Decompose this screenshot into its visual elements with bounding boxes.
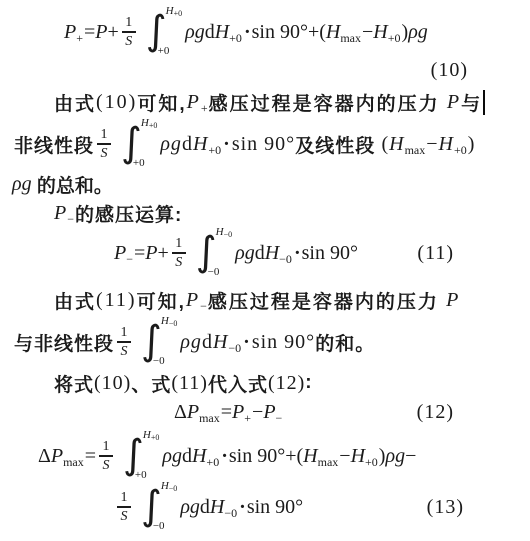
integral-limits: H+0+0 (143, 432, 159, 480)
math-roman-text: (11) (171, 372, 208, 395)
fraction: 1S (117, 325, 131, 359)
math-roman-text: − (426, 133, 438, 156)
integral-upper-limit: H−0 (161, 481, 177, 492)
line-p1a: 由式(10)可知,P+感压过程是容器内的压力 P与 (0, 87, 530, 117)
math-subscript: − (67, 212, 74, 227)
math-variable: P (114, 242, 126, 265)
integral: ∫H+0+0 (146, 8, 182, 56)
math-variable: P (263, 401, 275, 424)
math-roman-text: = (85, 445, 96, 468)
math-roman-text: ) (468, 133, 476, 156)
math-subscript: max (63, 455, 84, 470)
chinese-text: 及线性段 (295, 131, 381, 158)
integral: ∫H+0+0 (123, 432, 159, 480)
equation-number: (13) (427, 496, 464, 519)
integral-upper-limit: H−0 (161, 316, 177, 327)
math-dot-operator: · (239, 496, 246, 519)
math-roman-text: = (221, 401, 232, 424)
fraction: 1S (117, 490, 131, 524)
upper-limit-subscript: −0 (224, 231, 233, 239)
math-variable: ρg (385, 445, 405, 468)
math-roman-text: d (255, 242, 265, 265)
math-roman-text: sin 90°+( (252, 21, 326, 44)
math-variable: P (446, 289, 460, 312)
document-page: P+=P+1S∫H+0+0ρgdH+0·sin 90°+(Hmax−H+0)ρg… (0, 6, 530, 541)
math-variable: ρg (162, 445, 182, 468)
upper-limit-subscript: +0 (149, 122, 158, 130)
math-variable: P (186, 289, 200, 312)
integral-lower-limit: +0 (135, 470, 151, 481)
chinese-text: 由式 (54, 287, 96, 314)
math-variable: H (439, 133, 454, 156)
integral-limits: H+0+0 (166, 8, 182, 56)
math-roman-text: (10) (94, 372, 131, 395)
fraction-numerator: 1 (121, 490, 128, 505)
upper-limit-subscript: +0 (151, 434, 160, 442)
math-subscript: +0 (388, 31, 401, 46)
fraction-numerator: 1 (101, 127, 108, 142)
integral: ∫H−0−0 (141, 483, 177, 531)
math-roman-text: Δ (38, 445, 51, 468)
math-roman-text: + (108, 21, 119, 44)
math-variable: H (213, 331, 228, 354)
math-subscript: − (200, 299, 207, 314)
math-roman-text: − (339, 445, 350, 468)
chinese-text: 代入式 (208, 370, 268, 397)
math-variable: ρg (185, 21, 205, 44)
math-subscript: − (126, 252, 133, 267)
math-subscript: +0 (365, 455, 378, 470)
math-subscript: −0 (279, 252, 292, 267)
math-roman-text: − (252, 401, 263, 424)
equation-number: (10) (431, 59, 468, 82)
math-variable: P (447, 91, 461, 114)
line-eq13b: 1S∫H−0−0ρgdH−0·sin 90°(13) (0, 483, 530, 531)
chinese-text: 与非线性段 (14, 329, 114, 356)
integral-lower-limit: −0 (153, 356, 169, 367)
fraction-numerator: 1 (103, 439, 110, 454)
math-roman-text: d (182, 445, 192, 468)
math-subscript: +0 (454, 143, 467, 158)
line-eq10num: (10) (0, 58, 530, 82)
math-variable: ρg (180, 331, 202, 354)
math-variable: H (303, 445, 317, 468)
math-subscript: + (201, 101, 208, 116)
math-roman-text: sin 90° (252, 331, 315, 354)
math-variable: H (215, 21, 229, 44)
math-roman-text: ( (381, 133, 389, 156)
math-variable: P (54, 202, 67, 225)
chinese-text: 由式 (54, 89, 96, 116)
fraction-numerator: 1 (125, 15, 132, 30)
math-variable: ρg (160, 133, 182, 156)
fraction-bar (122, 31, 136, 33)
math-variable: H (389, 133, 404, 156)
integral-upper-limit: H+0 (143, 430, 159, 441)
math-roman-text: d (205, 21, 215, 44)
math-variable: H (373, 21, 387, 44)
math-subscript: +0 (206, 455, 219, 470)
fraction-bar (99, 455, 113, 457)
line-eq13a: ΔPmax=1S∫H+0+0ρgdH+0·sin 90°+(Hmax−H+0)ρ… (0, 429, 530, 483)
upper-limit-symbol: H (161, 316, 169, 327)
upper-limit-symbol: H (141, 118, 149, 129)
integral-upper-limit: H+0 (166, 6, 182, 17)
math-roman-text: sin 90° (247, 496, 303, 519)
line-eq12: ΔPmax=P+−P−(12) (0, 398, 530, 426)
math-roman-text: d (202, 331, 213, 354)
fraction-bar (117, 506, 131, 508)
math-subscript: −0 (228, 341, 241, 356)
chinese-text: 的感压运算: (75, 200, 182, 227)
math-roman-text: d (200, 496, 210, 519)
math-roman-text: sin 90°+( (229, 445, 303, 468)
fraction: 1S (172, 236, 186, 270)
fraction-numerator: 1 (121, 325, 128, 340)
chinese-text: 可知, (137, 287, 186, 314)
chinese-text: 的总和。 (32, 171, 113, 198)
integral-limits: H−0−0 (216, 229, 232, 277)
math-subscript: +0 (229, 31, 242, 46)
fraction-denominator: S (121, 344, 128, 359)
upper-limit-subscript: +0 (174, 10, 183, 18)
chinese-text: 可知, (137, 89, 186, 116)
math-variable: ρg (180, 496, 200, 519)
text-cursor (483, 90, 485, 115)
line-eq11: P−=P+1S∫H−0−0ρgdH−0·sin 90°(11) (0, 227, 530, 279)
fraction-bar (172, 252, 186, 254)
math-variable: H (192, 445, 206, 468)
integral-lower-limit: −0 (153, 521, 169, 532)
upper-limit-subscript: −0 (169, 485, 178, 493)
chinese-text: 、式 (131, 370, 171, 397)
line-p4head: 将式(10)、式(11)代入式(12): (0, 370, 530, 396)
line-eq10: P+=P+1S∫H+0+0ρgdH+0·sin 90°+(Hmax−H+0)ρg (0, 6, 530, 58)
math-variable: H (265, 242, 279, 265)
chinese-text: 感压过程是容器内的压力 (209, 89, 447, 116)
math-roman-text: sin 90° (302, 242, 358, 265)
math-variable: ρg (12, 173, 32, 196)
fraction-denominator: S (103, 458, 110, 473)
math-variable: H (193, 133, 208, 156)
chinese-text: 的和。 (315, 329, 375, 356)
math-variable: ρg (408, 21, 428, 44)
math-subscript: max (318, 455, 339, 470)
chinese-text: 感压过程是容器内的压力 (208, 287, 446, 314)
math-subscript: +0 (208, 143, 221, 158)
math-roman-text: + (158, 242, 169, 265)
fraction-denominator: S (175, 255, 182, 270)
math-roman-text: − (405, 445, 416, 468)
math-variable: P (145, 242, 157, 265)
math-roman-text: (10) (96, 91, 137, 114)
math-variable: H (351, 445, 365, 468)
integral: ∫H−0−0 (196, 229, 232, 277)
math-variable: P (187, 91, 201, 114)
math-variable: P (51, 445, 63, 468)
fraction: 1S (97, 127, 111, 161)
integral-limits: H−0−0 (161, 318, 177, 366)
math-subscript: max (199, 411, 220, 426)
math-variable: P (232, 401, 244, 424)
fraction-denominator: S (125, 34, 132, 49)
math-variable: P (95, 21, 107, 44)
math-dot-operator: · (223, 133, 231, 156)
upper-limit-symbol: H (166, 6, 174, 17)
line-p1c: ρg 的总和。 (0, 171, 530, 197)
line-p2head: P−的感压运算: (0, 200, 530, 226)
chinese-text: : (305, 372, 312, 394)
math-variable: P (187, 401, 199, 424)
math-dot-operator: · (221, 445, 228, 468)
math-variable: H (210, 496, 224, 519)
math-subscript: max (340, 31, 361, 46)
math-subscript: − (276, 411, 283, 426)
line-p1b: 非线性段1S∫H+0+0ρgdH+0·sin 90°及线性段 (Hmax−H+0… (0, 117, 530, 171)
equation-number: (12) (417, 401, 454, 424)
integral-lower-limit: +0 (133, 158, 149, 169)
integral-limits: H+0+0 (141, 120, 157, 168)
integral-lower-limit: +0 (158, 46, 174, 57)
math-roman-text: Δ (174, 401, 187, 424)
integral: ∫H+0+0 (121, 120, 157, 168)
fraction-denominator: S (101, 146, 108, 161)
upper-limit-symbol: H (161, 481, 169, 492)
fraction-denominator: S (121, 509, 128, 524)
upper-limit-symbol: H (143, 430, 151, 441)
fraction: 1S (122, 15, 136, 49)
math-dot-operator: · (244, 21, 251, 44)
math-dot-operator: · (294, 242, 301, 265)
integral: ∫H−0−0 (141, 318, 177, 366)
fraction-numerator: 1 (175, 236, 182, 251)
upper-limit-subscript: −0 (169, 320, 178, 328)
integral-limits: H−0−0 (161, 483, 177, 531)
integral-lower-limit: −0 (208, 267, 224, 278)
chinese-text: 与 (461, 89, 482, 116)
math-roman-text: (12) (268, 372, 305, 395)
chinese-text: 将式 (54, 370, 94, 397)
line-p3b: 与非线性段1S∫H−0−0ρgdH−0·sin 90°的和。 (0, 315, 530, 369)
math-subscript: max (405, 143, 426, 158)
math-subscript: + (76, 31, 83, 46)
fraction-bar (97, 143, 111, 145)
math-variable: ρg (235, 242, 255, 265)
math-subscript: + (244, 411, 251, 426)
chinese-text: 非线性段 (14, 131, 94, 158)
math-roman-text: sin 90° (232, 133, 295, 156)
math-roman-text: (11) (96, 289, 137, 312)
math-dot-operator: · (243, 331, 251, 354)
upper-limit-symbol: H (216, 227, 224, 238)
math-roman-text: d (182, 133, 193, 156)
integral-upper-limit: H+0 (141, 118, 157, 129)
equation-number: (11) (417, 242, 454, 265)
math-roman-text: = (84, 21, 95, 44)
math-roman-text: − (362, 21, 373, 44)
fraction: 1S (99, 439, 113, 473)
integral-upper-limit: H−0 (216, 227, 232, 238)
math-variable: H (326, 21, 340, 44)
line-p3a: 由式(11)可知,P−感压过程是容器内的压力 P (0, 286, 530, 314)
math-text-content[interactable]: P+=P+1S∫H+0+0ρgdH+0·sin 90°+(Hmax−H+0)ρg… (0, 6, 530, 531)
math-variable: P (64, 21, 76, 44)
fraction-bar (117, 341, 131, 343)
math-subscript: −0 (224, 506, 237, 521)
math-roman-text: = (134, 242, 145, 265)
